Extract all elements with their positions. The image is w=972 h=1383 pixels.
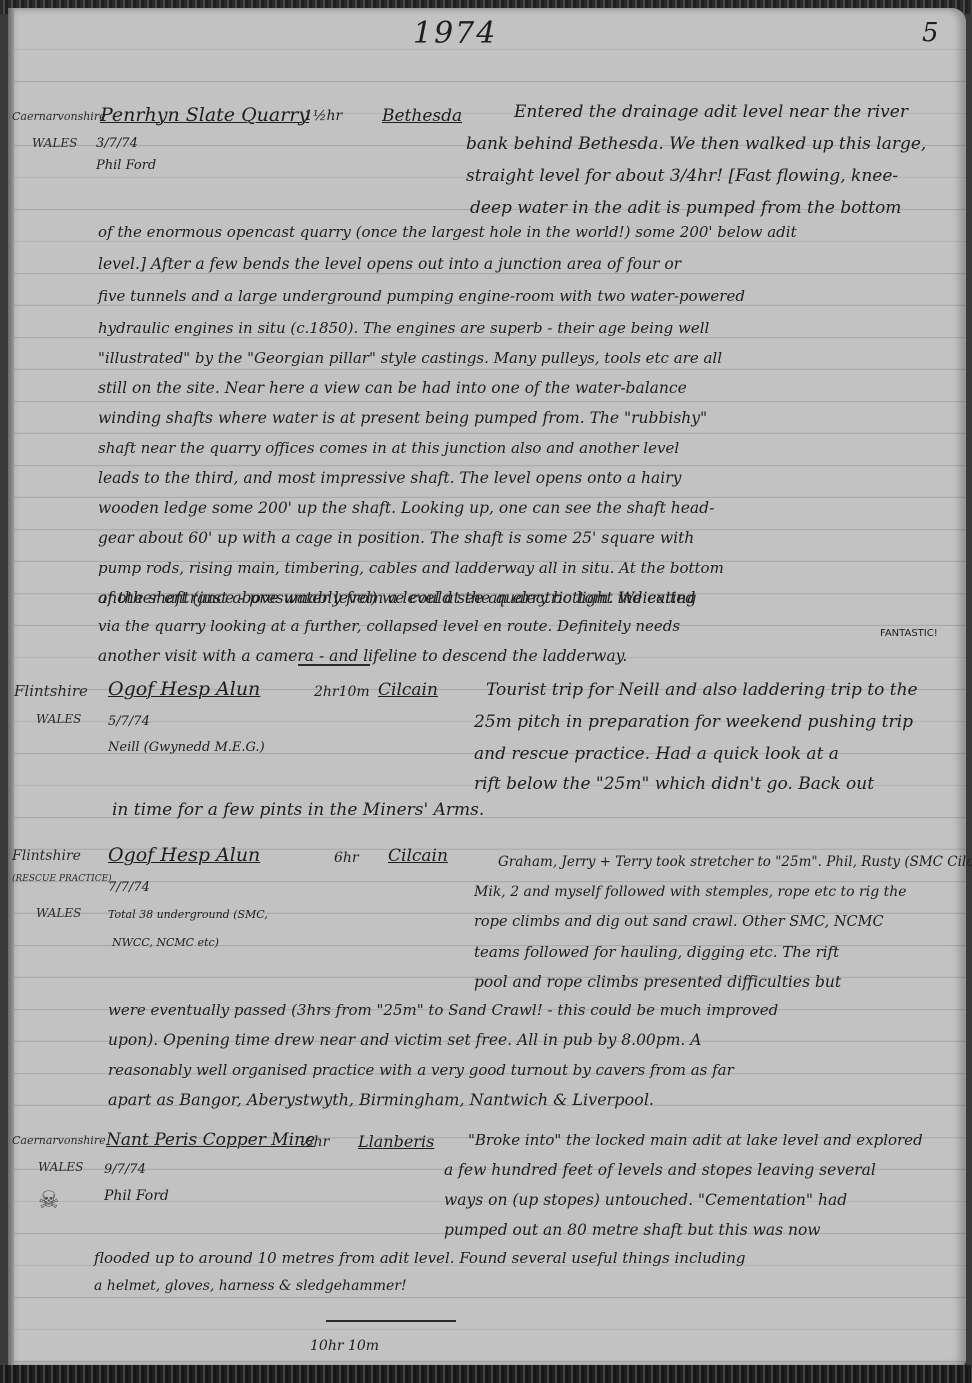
entry-duration: ½hr xyxy=(300,1134,329,1150)
entry-date: 9/7/74 xyxy=(104,1162,146,1177)
entry-note-line: "illustrated" by the "Georgian pillar" s… xyxy=(98,342,722,374)
entry-date: 5/7/74 xyxy=(108,714,150,729)
entry-duration: 1½hr xyxy=(304,108,342,124)
entry-note-line: "Broke into" the locked main adit at lak… xyxy=(468,1124,923,1156)
entry-note-line: shaft near the quarry offices comes in a… xyxy=(98,432,679,464)
entry-companions: NWCC, NCMC etc) xyxy=(112,936,219,949)
entry-note-line: Mik, 2 and myself followed with stemples… xyxy=(474,876,907,908)
entry-date: 3/7/74 xyxy=(96,136,138,151)
entry-county: Caernarvonshire xyxy=(12,1134,106,1147)
entry-note-line: rift below the "25m" which didn't go. Ba… xyxy=(474,768,874,800)
entry-note-line: a few hundred feet of levels and stopes … xyxy=(444,1154,876,1186)
entry-county: Caernarvonshire xyxy=(12,110,106,123)
entry-location: Cilcain xyxy=(388,846,448,866)
entry-companions: Neill (Gwynedd M.E.G.) xyxy=(108,740,265,755)
entry-site: Ogof Hesp Alun xyxy=(108,844,260,866)
entry-note-line: winding shafts where water is at present… xyxy=(98,402,707,434)
skull-crossbones-icon: ☠ xyxy=(38,1186,60,1214)
entry-country: WALES xyxy=(36,712,81,726)
entry-county: Flintshire xyxy=(14,682,88,700)
entry-note-line: still on the site. Near here a view can … xyxy=(98,372,687,404)
entry-note-line: hydraulic engines in situ (c.1850). The … xyxy=(98,312,709,344)
entry-country: WALES xyxy=(36,906,81,920)
entry-note-line: leads to the third, and most impressive … xyxy=(98,462,681,494)
entry-note-line: level.] After a few bends the level open… xyxy=(98,248,681,280)
entry-note-line: ways on (up stopes) untouched. "Cementat… xyxy=(444,1184,847,1216)
entry-note-line: another visit with a camera - and lifeli… xyxy=(98,640,627,672)
entry-duration: 2hr10m xyxy=(314,684,370,700)
notebook-binding-bottom xyxy=(0,1365,972,1383)
entry-note-line: and rescue practice. Had a quick look at… xyxy=(474,738,839,770)
entry-note-line: pump rods, rising main, timbering, cable… xyxy=(98,552,724,584)
entry-note-line: a helmet, gloves, harness & sledgehammer… xyxy=(94,1270,407,1302)
entry-note-line: Entered the drainage adit level near the… xyxy=(514,96,908,128)
entry-note-line: of the enormous opencast quarry (once th… xyxy=(98,216,797,248)
entry-country: WALES xyxy=(38,1160,83,1174)
total-divider xyxy=(326,1320,456,1322)
entry-companions: Phil Ford xyxy=(104,1188,169,1204)
entry-note-line: were eventually passed (3hrs from "25m" … xyxy=(108,994,778,1026)
entry-note-line: apart as Bangor, Aberystwyth, Birmingham… xyxy=(108,1084,654,1116)
entry-note-line: five tunnels and a large underground pum… xyxy=(98,280,745,312)
entry-country: WALES xyxy=(32,136,77,150)
entry-site: Nant Peris Copper Mine xyxy=(106,1130,315,1150)
entry-note-line: Tourist trip for Neill and also ladderin… xyxy=(486,674,918,706)
entry-site: Penrhyn Slate Quarry xyxy=(100,104,309,126)
entry-subtitle: (RESCUE PRACTICE) xyxy=(12,874,112,884)
page-number: 5 xyxy=(922,18,939,48)
entry-note-line: upon). Opening time drew near and victim… xyxy=(108,1024,701,1056)
entry-note-line: teams followed for hauling, digging etc.… xyxy=(474,936,839,968)
entry-note-line: via the quarry looking at a further, col… xyxy=(98,610,680,642)
entry-annotation: FANTASTIC! xyxy=(880,628,938,639)
entry-note-line: Graham, Jerry + Terry took stretcher to … xyxy=(498,846,972,878)
entry-duration: 6hr xyxy=(334,850,359,866)
entry-county: Flintshire xyxy=(12,848,81,864)
entry-note-line: rope climbs and dig out sand crawl. Othe… xyxy=(474,906,884,938)
entry-note-line: straight level for about 3/4hr! [Fast fl… xyxy=(466,160,898,192)
entry-companions: Total 38 underground (SMC, xyxy=(108,908,268,921)
entry-note-line: reasonably well organised practice with … xyxy=(108,1054,734,1086)
entry-companions: Phil Ford xyxy=(96,158,156,173)
page-total-time: 10hr 10m xyxy=(310,1338,379,1354)
entry-date: 7/7/74 xyxy=(108,880,150,895)
entry-location: Cilcain xyxy=(378,680,438,700)
notebook-page: 1974 5 Caernarvonshire WALES Penrhyn Sla… xyxy=(8,8,966,1366)
entry-note-line: gear about 60' up with a cage in positio… xyxy=(98,522,694,554)
entry-note-line: bank behind Bethesda. We then walked up … xyxy=(466,128,926,160)
entry-note-line: 25m pitch in preparation for weekend pus… xyxy=(474,706,913,738)
entry-site: Ogof Hesp Alun xyxy=(108,678,260,700)
entry-location: Bethesda xyxy=(382,106,462,126)
page-year: 1974 xyxy=(413,16,497,51)
entry-note-line: wooden ledge some 200' up the shaft. Loo… xyxy=(98,492,714,524)
entry-location: Llanberis xyxy=(358,1132,434,1151)
entry-note-line: in time for a few pints in the Miners' A… xyxy=(112,794,484,826)
